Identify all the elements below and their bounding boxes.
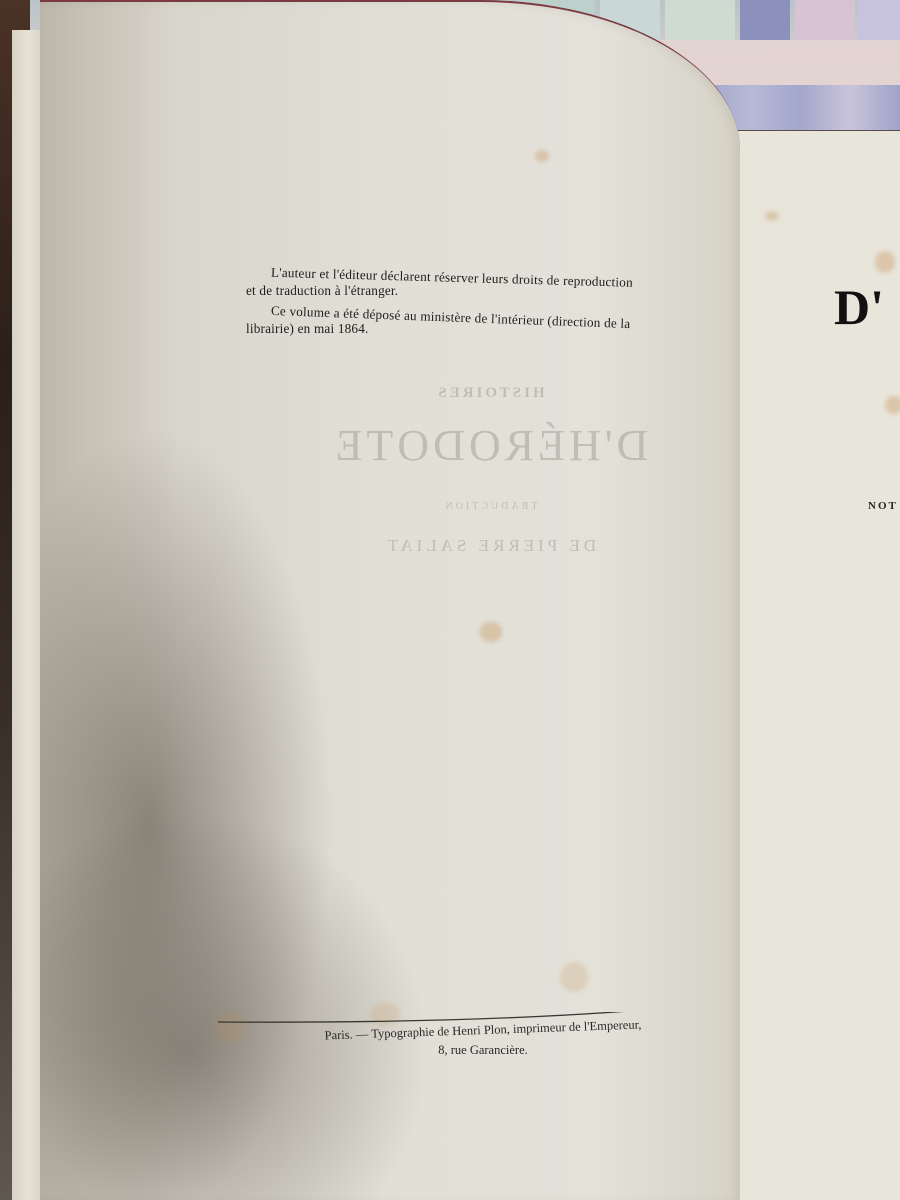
- show-through-title: HISTOIRES D'HÉRODOTE TRADUCTION DE PIERR…: [280, 385, 700, 556]
- book-spine: [740, 0, 790, 40]
- foxing-stain: [535, 150, 549, 162]
- imprint-line-2: 8, rue Garancière.: [438, 1043, 528, 1057]
- foxing-stain: [480, 622, 502, 642]
- book-spine: [795, 0, 855, 40]
- show-through-line-4: DE PIERRE SALIAT: [280, 536, 700, 556]
- show-through-line-3: TRADUCTION: [280, 501, 700, 512]
- show-through-line-2: D'HÉRODOTE: [280, 420, 700, 471]
- foxing-stain: [885, 396, 900, 414]
- book-spine: [665, 0, 735, 40]
- book-spine: [858, 0, 900, 40]
- foxing-stain: [560, 962, 588, 992]
- foxing-stain: [765, 211, 779, 221]
- copyright-notice: L'auteur et l'éditeur déclarent réserver…: [246, 262, 716, 338]
- show-through-line-1: HISTOIRES: [280, 385, 700, 402]
- foxing-stain: [875, 251, 895, 273]
- title-fragment: D': [834, 282, 884, 332]
- subtitle-fragment: NOT: [868, 500, 898, 512]
- printer-imprint: Paris. — Typographie de Henri Plon, impr…: [248, 1020, 718, 1060]
